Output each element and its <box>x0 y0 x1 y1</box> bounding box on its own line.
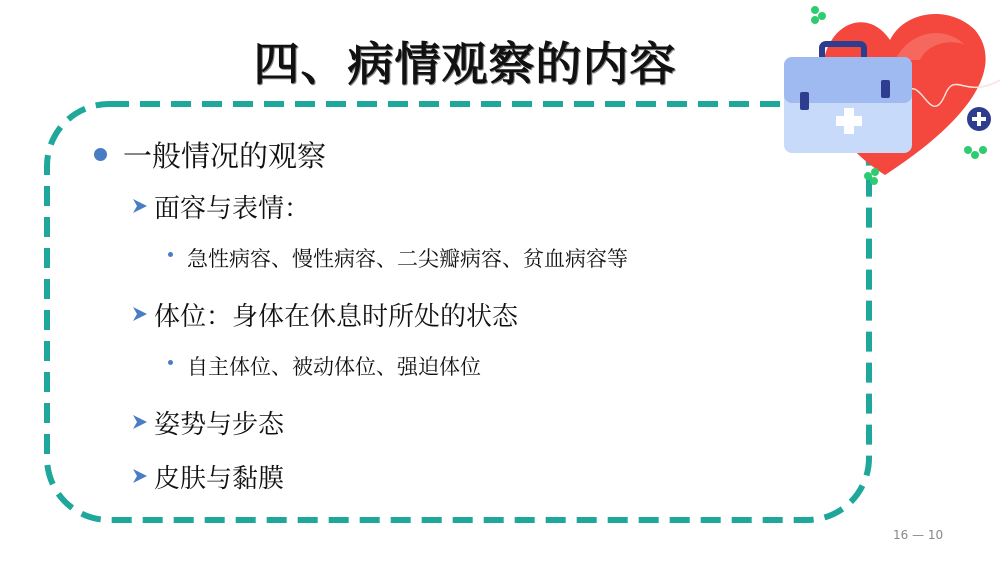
sub-item-text: 自主体位、被动体位、强迫体位 <box>187 351 481 381</box>
list-item: 姿势与步态 <box>132 402 854 442</box>
sub-item-text: 急性病容、慢性病容、二尖瓣病容、贫血病容等 <box>187 243 628 273</box>
sub-list-item: 自主体位、被动体位、强迫体位 <box>168 348 854 384</box>
heading-text: 一般情况的观察 <box>123 134 326 175</box>
plus-badge-icon <box>967 107 991 131</box>
arrowhead-bullet-icon <box>132 414 148 430</box>
heart-medical-kit-illustration <box>770 0 1000 190</box>
item-label: 姿势与步态 <box>154 404 284 441</box>
list-item: 皮肤与黏膜 <box>132 456 854 496</box>
arrowhead-bullet-icon <box>132 198 148 214</box>
medical-kit-icon <box>784 44 912 153</box>
bullet-circle-icon <box>94 148 107 161</box>
small-dot-bullet-icon <box>168 252 173 257</box>
arrowhead-bullet-icon <box>132 306 148 322</box>
arrowhead-bullet-icon <box>132 468 148 484</box>
small-dot-bullet-icon <box>168 360 173 365</box>
item-label: 面容与表情： <box>154 188 310 225</box>
item-label: 体位：身体在休息时所处的状态 <box>154 296 518 333</box>
list-item: 面容与表情： <box>132 186 854 226</box>
list-item: 体位：身体在休息时所处的状态 <box>132 294 854 334</box>
sub-list-item: 急性病容、慢性病容、二尖瓣病容、贫血病容等 <box>168 240 854 276</box>
item-label: 皮肤与黏膜 <box>154 458 284 495</box>
content-list: 一般情况的观察 面容与表情： 急性病容、慢性病容、二尖瓣病容、贫血病容等 体位：… <box>94 132 854 510</box>
page-number: 16 — 10 <box>893 528 943 542</box>
heading-item: 一般情况的观察 <box>94 132 854 176</box>
